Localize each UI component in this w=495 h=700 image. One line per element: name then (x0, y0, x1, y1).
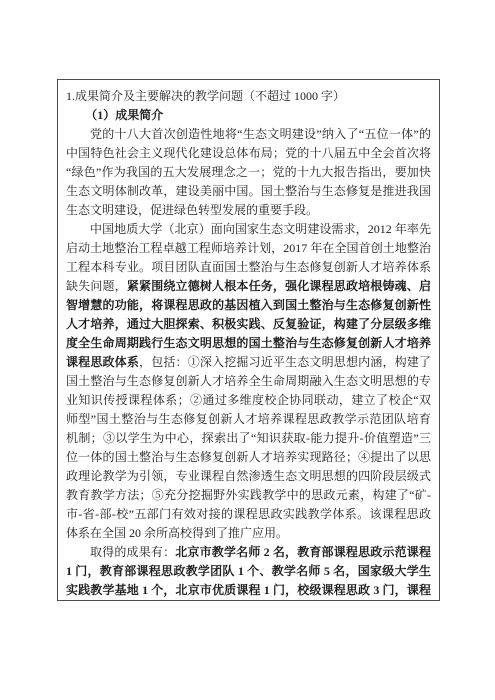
document-page: 1.成果简介及主要解决的教学问题（不超过 1000 字） （1）成果简介 党的十… (0, 0, 495, 700)
subheading-achievement-intro: （1）成果简介 (66, 106, 431, 125)
text-segment: 取得的成果有： (90, 545, 175, 559)
paragraph-3: 取得的成果有：北京市教学名师 2 名，教育部课程思政示范课程 1 门，教育部课程… (66, 543, 431, 601)
paragraph-1: 党的十八大首次创造性地将“生态文明建设”纳入了“五位一体”的中国特色社会主义现代… (66, 125, 431, 220)
form-cell-achievement-summary: 1.成果简介及主要解决的教学问题（不超过 1000 字） （1）成果简介 党的十… (57, 79, 440, 601)
section-label: 1.成果简介及主要解决的教学问题（不超过 1000 字） (66, 87, 431, 106)
text-segment: ，包括：①深入挖掘习近平生态文明思想内涵，构建了国土整治与生态修复创新人才培养全… (66, 355, 431, 540)
text-segment: 党的十八大首次创造性地将“生态文明建设”纳入了“五位一体”的中国特色社会主义现代… (66, 127, 431, 217)
paragraph-2: 中国地质大学（北京）面向国家生态文明建设需求，2012 年率先启动土地整治工程卓… (66, 220, 431, 543)
body-paragraphs: 党的十八大首次创造性地将“生态文明建设”纳入了“五位一体”的中国特色社会主义现代… (66, 125, 431, 601)
